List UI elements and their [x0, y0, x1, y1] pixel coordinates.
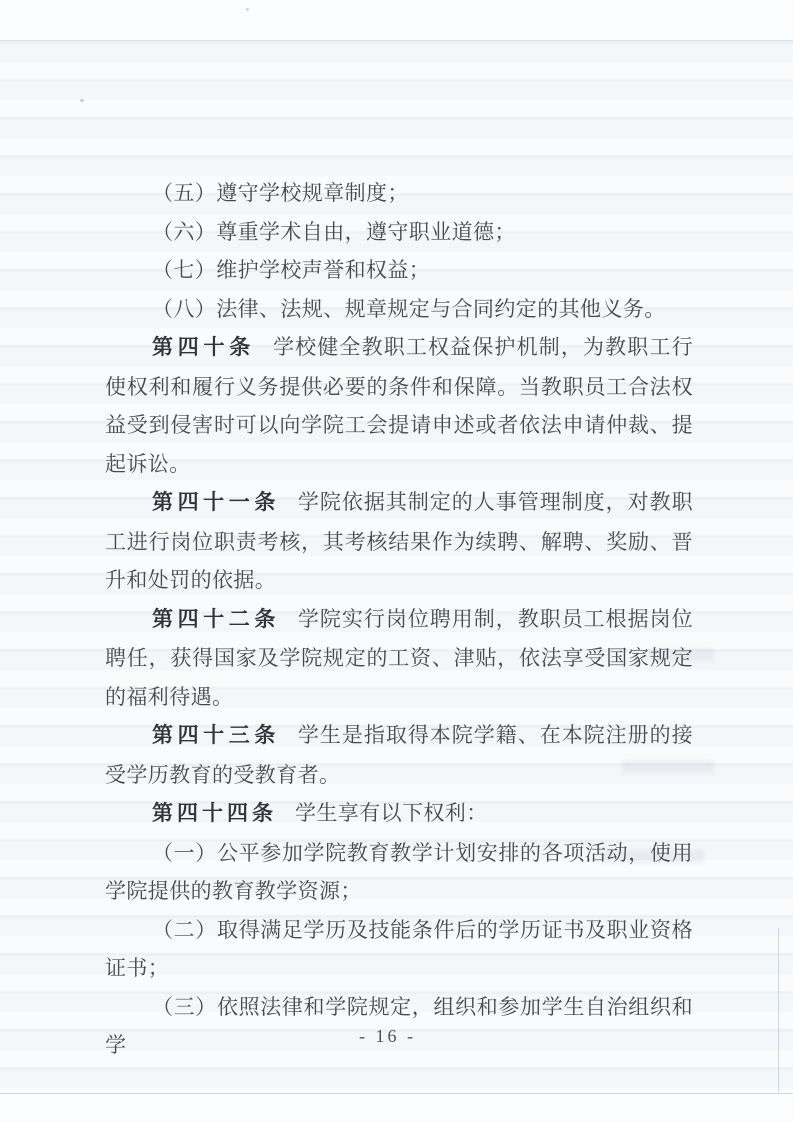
article-41: 第四十一条学院依据其制定的人事管理制度，对教职工进行岗位职责考核，其考核结果作为… [105, 483, 693, 600]
article-40-number: 第四十条 [152, 336, 255, 359]
article-43-number: 第四十三条 [152, 724, 280, 747]
paper-edge-line [778, 928, 779, 1092]
scanned-page: （五）遵守学校规章制度； （六）尊重学术自由，遵守职业道德； （七）维护学校声誉… [0, 0, 793, 1122]
page-number: - 16 - [0, 1026, 775, 1047]
list-item-er: （二）取得满足学历及技能条件后的学历证书及职业资格证书； [105, 911, 693, 988]
list-item-wu: （五）遵守学校规章制度； [105, 174, 693, 213]
article-42-number: 第四十二条 [152, 608, 280, 631]
article-44: 第四十四条学生享有以下权利： [105, 794, 693, 834]
article-40: 第四十条学校健全教职工权益保护机制，为教职工行使权利和履行义务提供必要的条件和保… [105, 328, 693, 483]
article-41-number: 第四十一条 [152, 491, 280, 514]
article-44-number: 第四十四条 [152, 802, 277, 825]
list-item-ba: （八）法律、法规、规章规定与合同约定的其他义务。 [105, 290, 693, 329]
scan-speck [80, 99, 84, 102]
list-item-liu: （六）尊重学术自由，遵守职业道德； [105, 213, 693, 252]
article-43: 第四十三条学生是指取得本院学籍、在本院注册的接受学历教育的受教育者。 [105, 716, 693, 794]
list-item-yi: （一）公平参加学院教育教学计划安排的各项活动，使用学院提供的教育教学资源； [105, 834, 693, 911]
document-text: （五）遵守学校规章制度； （六）尊重学术自由，遵守职业道德； （七）维护学校声誉… [105, 174, 693, 1065]
article-44-text: 学生享有以下权利： [295, 801, 488, 825]
scan-speck [246, 8, 249, 11]
list-item-qi: （七）维护学校声誉和权益； [105, 251, 693, 290]
article-42: 第四十二条学院实行岗位聘用制，教职员工根据岗位聘任，获得国家及学院规定的工资、津… [105, 600, 693, 717]
